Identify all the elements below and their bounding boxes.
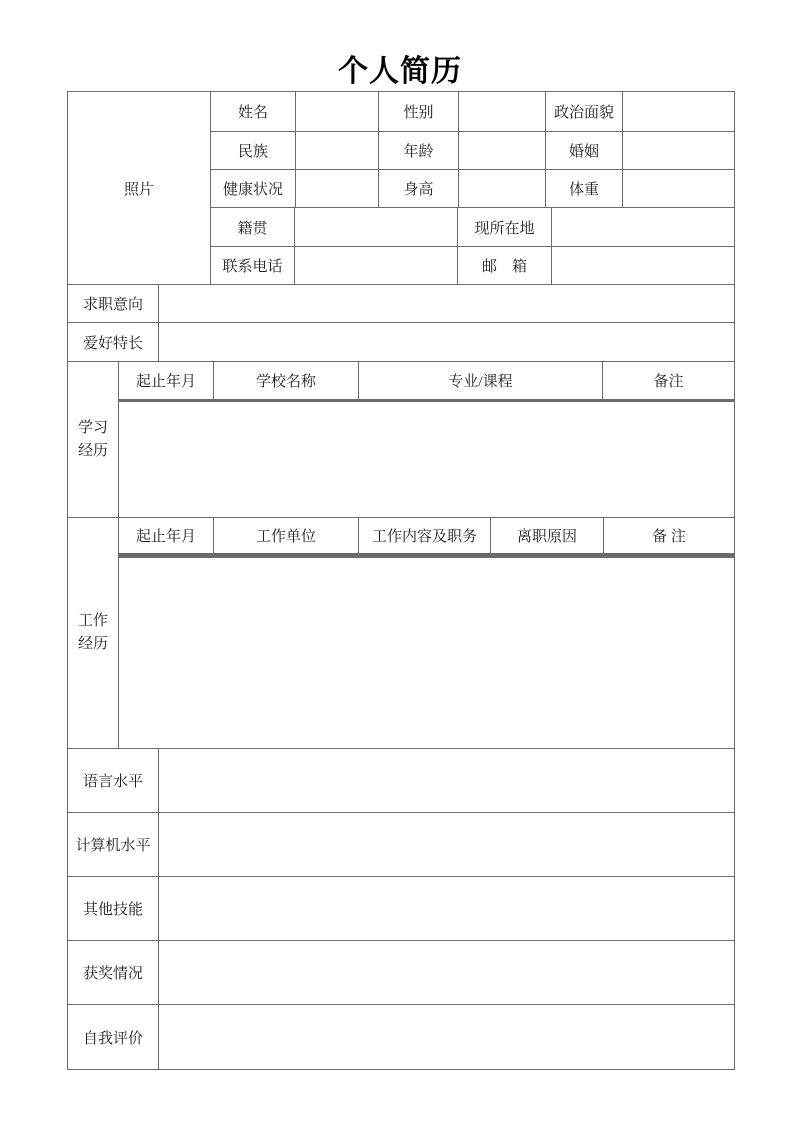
resume-page: 个人简历 照片 姓名 性别 政治面貌 民族 年龄 婚姻 bbox=[0, 0, 800, 1132]
education-header-school: 学校名称 bbox=[214, 362, 359, 399]
age-label: 年龄 bbox=[379, 132, 459, 169]
photo-cell: 照片 bbox=[68, 92, 211, 284]
current-location-value bbox=[552, 208, 734, 246]
marriage-value bbox=[623, 132, 734, 169]
basic-row-5: 联系电话 邮 箱 bbox=[211, 247, 734, 284]
age-value bbox=[459, 132, 546, 169]
self-evaluation-value bbox=[159, 1005, 734, 1069]
education-empty-row bbox=[119, 401, 734, 402]
current-location-label: 现所在地 bbox=[458, 208, 552, 246]
marriage-label: 婚姻 bbox=[546, 132, 623, 169]
education-section: 学习 经历 起止年月 学校名称 专业/课程 备注 bbox=[68, 362, 734, 518]
education-header-major: 专业/课程 bbox=[359, 362, 603, 399]
height-value bbox=[459, 170, 546, 207]
awards-value bbox=[159, 941, 734, 1004]
work-section: 工作 经历 起止年月 工作单位 工作内容及职务 离职原因 备 注 bbox=[68, 518, 734, 749]
email-value bbox=[552, 247, 734, 284]
basic-row-2: 民族 年龄 婚姻 bbox=[211, 132, 734, 170]
other-skills-section: 其他技能 bbox=[68, 877, 734, 941]
basic-row-4: 籍贯 现所在地 bbox=[211, 208, 734, 247]
native-place-label: 籍贯 bbox=[211, 208, 295, 246]
email-label: 邮 箱 bbox=[458, 247, 552, 284]
language-level-section: 语言水平 bbox=[68, 749, 734, 813]
gender-label: 性别 bbox=[379, 92, 459, 131]
awards-section: 获奖情况 bbox=[68, 941, 734, 1005]
gender-value bbox=[459, 92, 546, 131]
hobby-section: 爱好特长 bbox=[68, 323, 734, 362]
name-value bbox=[296, 92, 379, 131]
education-header-row: 起止年月 学校名称 专业/课程 备注 bbox=[119, 362, 734, 400]
ethnicity-label: 民族 bbox=[211, 132, 296, 169]
political-status-value bbox=[623, 92, 734, 131]
resume-table: 照片 姓名 性别 政治面貌 民族 年龄 婚姻 bbox=[67, 91, 735, 1070]
work-header-employer: 工作单位 bbox=[214, 518, 359, 553]
work-empty-row bbox=[119, 557, 734, 558]
health-value bbox=[296, 170, 379, 207]
education-section-label: 学习 经历 bbox=[68, 362, 119, 517]
work-header-note: 备 注 bbox=[604, 518, 734, 553]
weight-label: 体重 bbox=[546, 170, 623, 207]
page-title: 个人简历 bbox=[0, 46, 800, 90]
work-header-date: 起止年月 bbox=[119, 518, 214, 553]
name-label: 姓名 bbox=[211, 92, 296, 131]
work-label-line2: 经历 bbox=[78, 633, 108, 656]
basic-row-1: 姓名 性别 政治面貌 bbox=[211, 92, 734, 132]
language-level-value bbox=[159, 749, 734, 812]
work-header-duty: 工作内容及职务 bbox=[359, 518, 491, 553]
education-header-date: 起止年月 bbox=[119, 362, 214, 399]
computer-level-section: 计算机水平 bbox=[68, 813, 734, 877]
self-evaluation-label: 自我评价 bbox=[68, 1005, 159, 1069]
work-label-line1: 工作 bbox=[78, 610, 108, 633]
other-skills-label: 其他技能 bbox=[68, 877, 159, 940]
awards-label: 获奖情况 bbox=[68, 941, 159, 1004]
hobby-label: 爱好特长 bbox=[68, 323, 159, 361]
computer-level-value bbox=[159, 813, 734, 876]
work-section-label: 工作 经历 bbox=[68, 518, 119, 748]
political-status-label: 政治面貌 bbox=[546, 92, 623, 131]
height-label: 身高 bbox=[379, 170, 459, 207]
work-header-row: 起止年月 工作单位 工作内容及职务 离职原因 备 注 bbox=[119, 518, 734, 554]
native-place-value bbox=[295, 208, 458, 246]
hobby-value bbox=[159, 323, 734, 361]
health-label: 健康状况 bbox=[211, 170, 296, 207]
basic-info-section: 照片 姓名 性别 政治面貌 民族 年龄 婚姻 bbox=[68, 92, 734, 285]
other-skills-value bbox=[159, 877, 734, 940]
language-level-label: 语言水平 bbox=[68, 749, 159, 812]
education-label-line1: 学习 bbox=[78, 417, 108, 440]
ethnicity-value bbox=[296, 132, 379, 169]
phone-label: 联系电话 bbox=[211, 247, 295, 284]
self-evaluation-section: 自我评价 bbox=[68, 1005, 734, 1069]
education-header-note: 备注 bbox=[603, 362, 734, 399]
basic-row-3: 健康状况 身高 体重 bbox=[211, 170, 734, 208]
education-label-line2: 经历 bbox=[78, 440, 108, 463]
weight-value bbox=[623, 170, 734, 207]
job-intent-value bbox=[159, 285, 734, 322]
phone-value bbox=[295, 247, 458, 284]
job-intent-label: 求职意向 bbox=[68, 285, 159, 322]
work-header-leave-reason: 离职原因 bbox=[491, 518, 604, 553]
job-intent-section: 求职意向 bbox=[68, 285, 734, 323]
computer-level-label: 计算机水平 bbox=[68, 813, 159, 876]
